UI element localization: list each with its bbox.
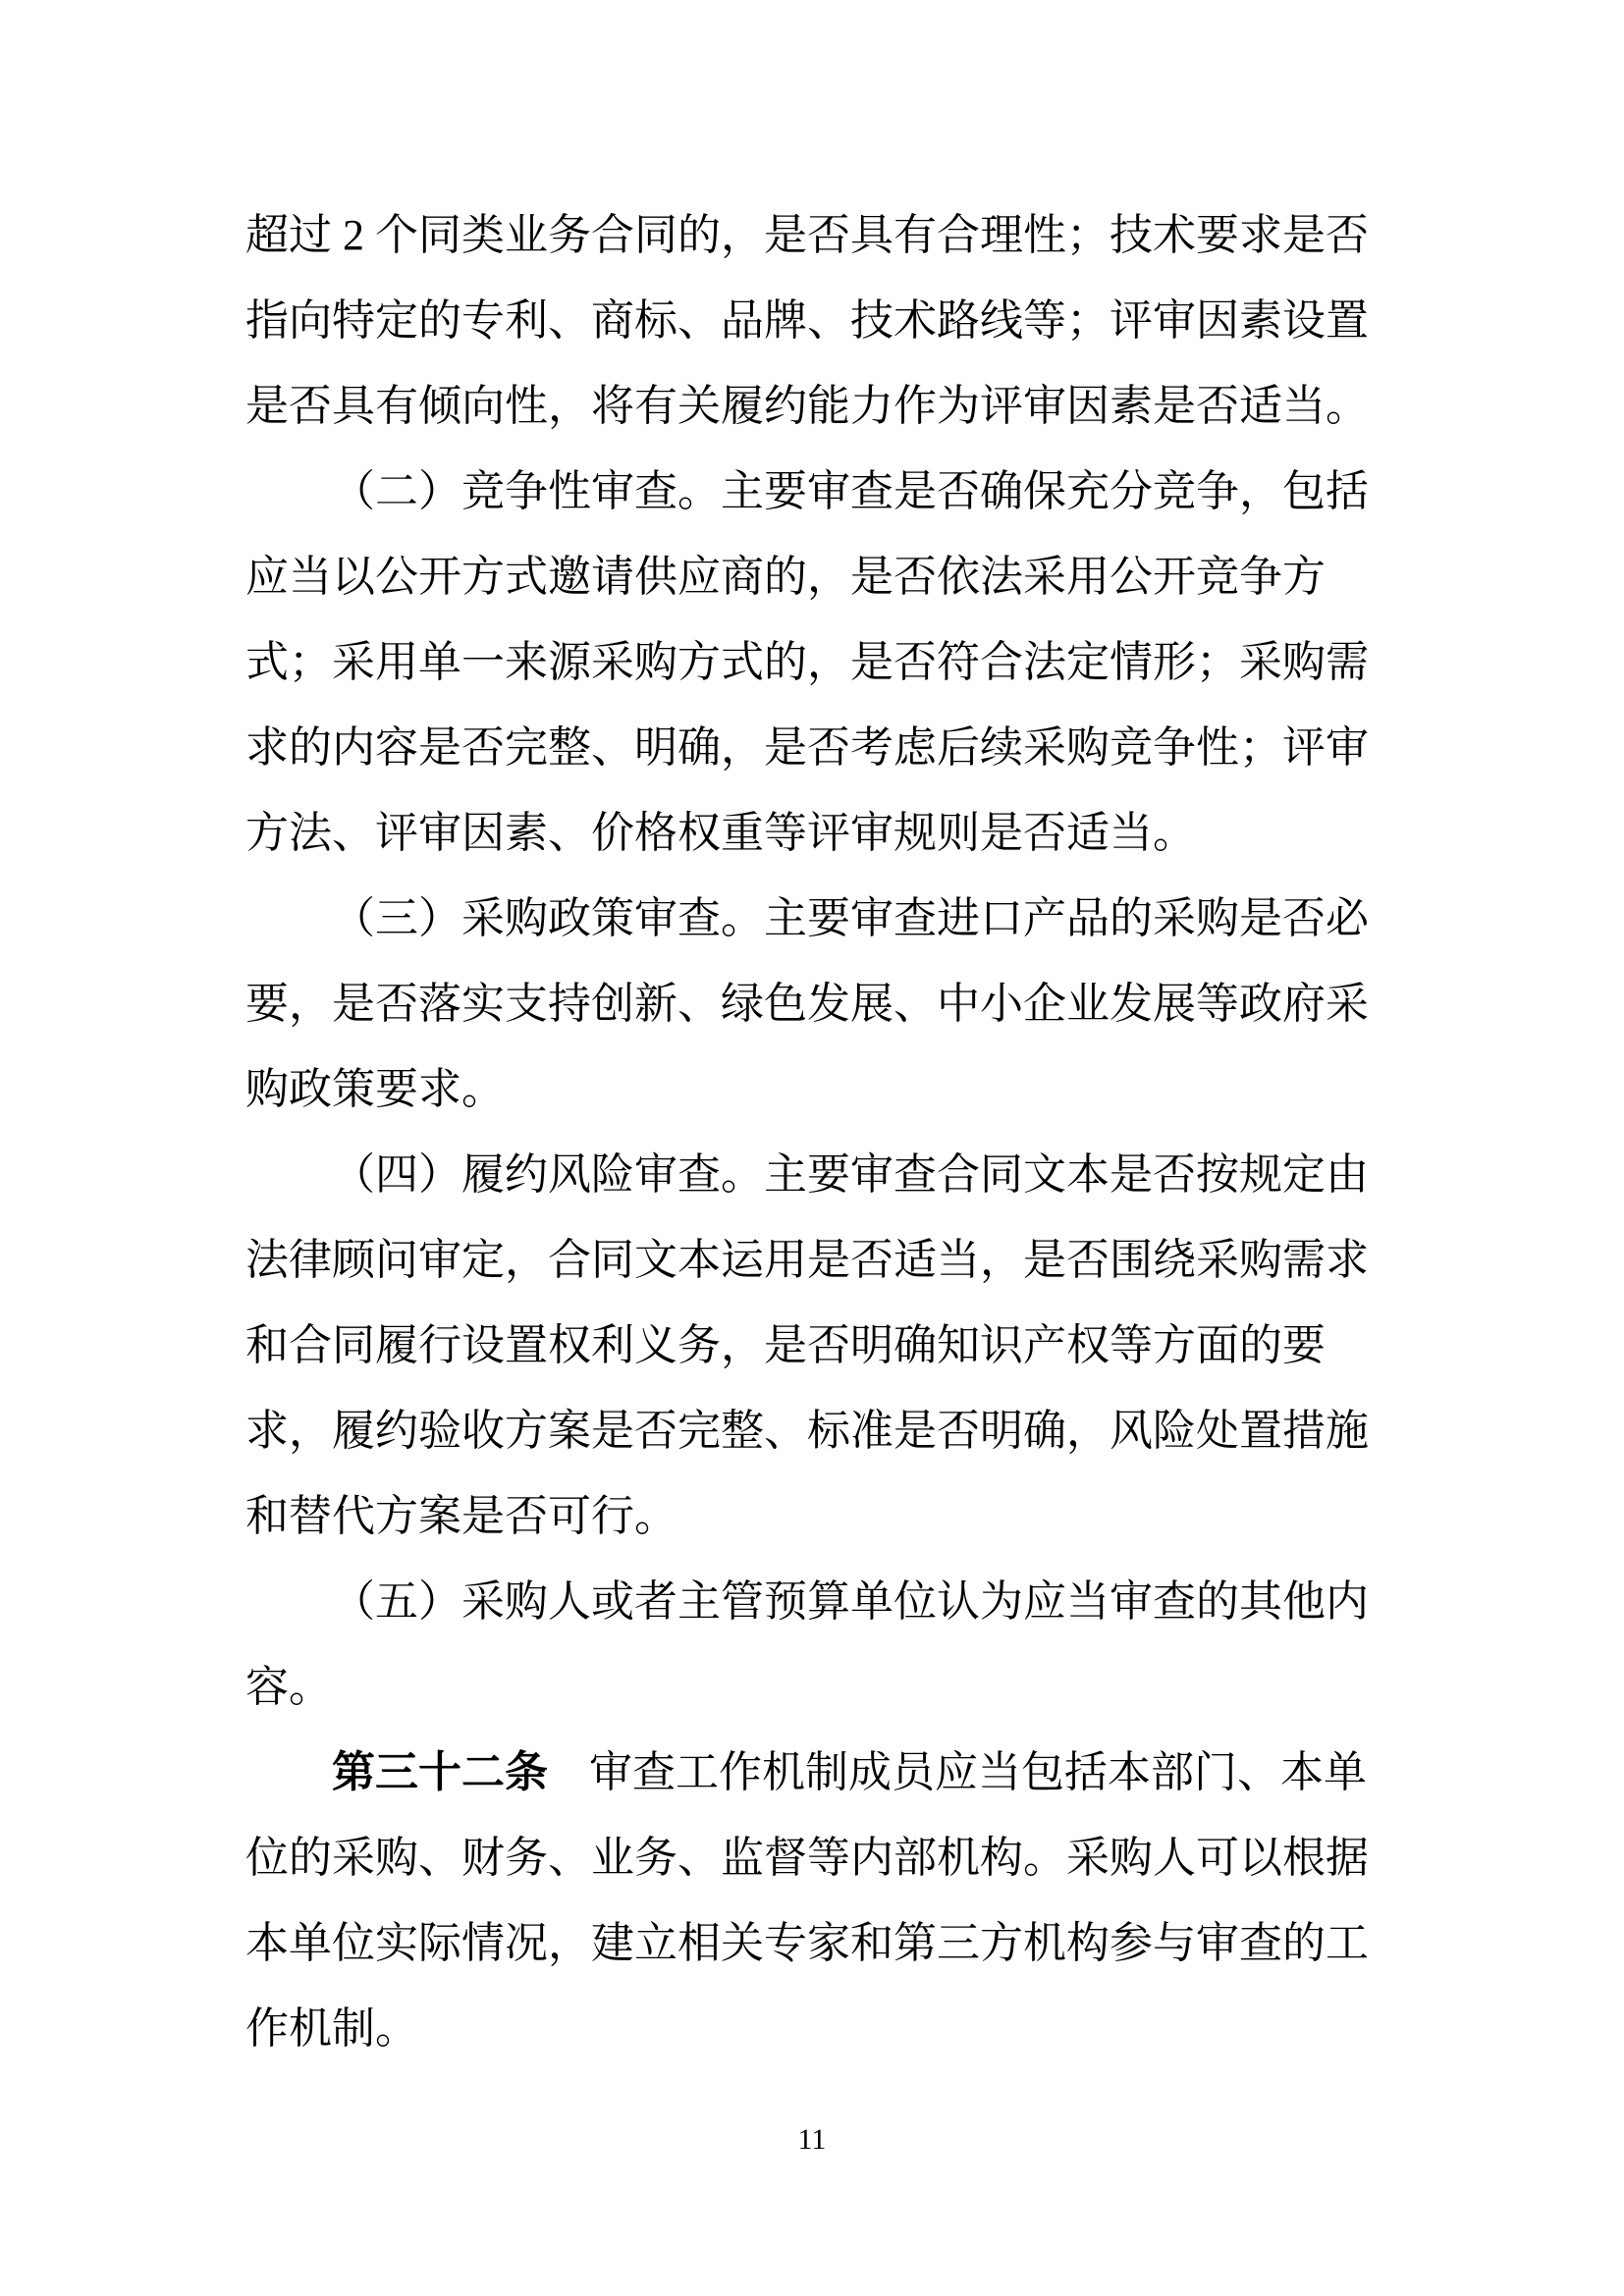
text-line: （二）竞争性审查。主要审查是否确保充分竞争，包括: [245, 449, 1375, 534]
text-line: 应当以公开方式邀请供应商的，是否依法采用公开竞争方: [245, 534, 1375, 619]
text-line: 法律顾问审定，合同文本运用是否适当，是否围绕采购需求: [245, 1217, 1375, 1303]
text-line: 式；采用单一来源采购方式的，是否符合法定情形；采购需: [245, 619, 1375, 705]
text-line: 和合同履行设置权利义务，是否明确知识产权等方面的要: [245, 1303, 1375, 1388]
text-line: 求，履约验收方案是否完整、标准是否明确，风险处置措施: [245, 1388, 1375, 1473]
article-first-line-text: 审查工作机制成员应当包括本部门、本单: [589, 1748, 1367, 1796]
text-line: 作机制。: [245, 1986, 1375, 2071]
text-line: 容。: [245, 1644, 1375, 1730]
text-line: 指向特定的专利、商标、品牌、技术路线等；评审因素设置: [245, 278, 1375, 363]
text-line: 第三十二条审查工作机制成员应当包括本部门、本单: [245, 1730, 1375, 1815]
text-line: 本单位实际情况，建立相关专家和第三方机构参与审查的工: [245, 1900, 1375, 1986]
page-number: 11: [0, 2120, 1624, 2160]
text-line: 方法、评审因素、价格权重等评审规则是否适当。: [245, 790, 1375, 876]
text-line: 和替代方案是否可行。: [245, 1473, 1375, 1559]
text-line: 位的采购、财务、业务、监督等内部机构。采购人可以根据: [245, 1815, 1375, 1900]
document-body: 超过 2 个同类业务合同的，是否具有合理性；技术要求是否 指向特定的专利、商标、…: [245, 192, 1375, 2071]
text-line: （五）采购人或者主管预算单位认为应当审查的其他内: [245, 1559, 1375, 1644]
article-number: 第三十二条: [332, 1748, 548, 1796]
text-line: 超过 2 个同类业务合同的，是否具有合理性；技术要求是否: [245, 192, 1375, 278]
text-line: 求的内容是否完整、明确，是否考虑后续采购竞争性；评审: [245, 705, 1375, 790]
text-line: 是否具有倾向性，将有关履约能力作为评审因素是否适当。: [245, 363, 1375, 449]
document-page: 超过 2 个同类业务合同的，是否具有合理性；技术要求是否 指向特定的专利、商标、…: [0, 0, 1624, 2296]
text-line: 要，是否落实支持创新、绿色发展、中小企业发展等政府采: [245, 961, 1375, 1046]
text-line: （四）履约风险审查。主要审查合同文本是否按规定由: [245, 1132, 1375, 1217]
text-line: （三）采购政策审查。主要审查进口产品的采购是否必: [245, 876, 1375, 961]
text-line: 购政策要求。: [245, 1046, 1375, 1132]
